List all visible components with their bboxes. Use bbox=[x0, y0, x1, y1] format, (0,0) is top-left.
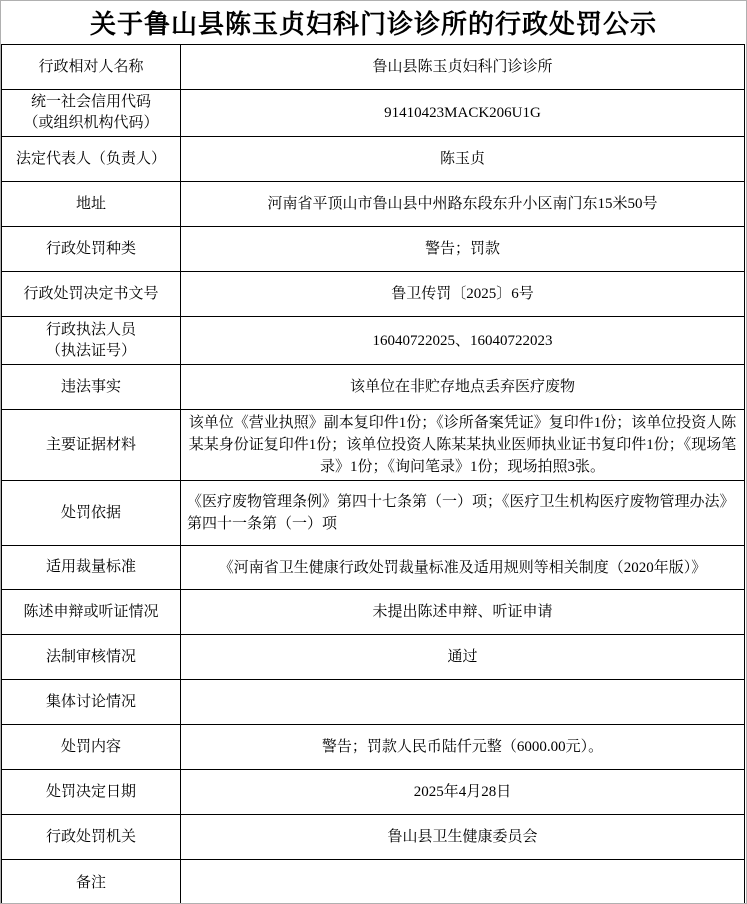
row-value: 《河南省卫生健康行政处罚裁量标准及适用规则等相关制度（2020年版）》 bbox=[181, 546, 745, 590]
row-label: 行政处罚机关 bbox=[2, 815, 181, 860]
table-row: 处罚依据《医疗废物管理条例》第四十七条第（一）项；《医疗卫生机构医疗废物管理办法… bbox=[2, 481, 745, 546]
row-value bbox=[181, 680, 745, 725]
row-value: 未提出陈述申辩、听证申请 bbox=[181, 590, 745, 635]
row-label: 主要证据材料 bbox=[2, 410, 181, 481]
row-value: 河南省平顶山市鲁山县中州路东段东升小区南门东15米50号 bbox=[181, 182, 745, 227]
table-row: 法定代表人（负责人）陈玉贞 bbox=[2, 137, 745, 182]
table-row: 行政处罚种类警告；罚款 bbox=[2, 227, 745, 272]
row-value: 该单位在非贮存地点丢弃医疗废物 bbox=[181, 365, 745, 410]
row-value: 《医疗废物管理条例》第四十七条第（一）项；《医疗卫生机构医疗废物管理办法》第四十… bbox=[181, 481, 745, 546]
row-label: 行政处罚种类 bbox=[2, 227, 181, 272]
table-row: 备注 bbox=[2, 860, 745, 904]
row-value: 陈玉贞 bbox=[181, 137, 745, 182]
row-value bbox=[181, 860, 745, 904]
row-label: 适用裁量标准 bbox=[2, 546, 181, 590]
table-row: 行政执法人员 （执法证号）16040722025、16040722023 bbox=[2, 317, 745, 365]
table-row: 法制审核情况通过 bbox=[2, 635, 745, 680]
row-label: 备注 bbox=[2, 860, 181, 904]
row-value: 警告；罚款人民币陆仟元整（6000.00元）。 bbox=[181, 725, 745, 770]
table-row: 处罚决定日期2025年4月28日 bbox=[2, 770, 745, 815]
row-label: 处罚内容 bbox=[2, 725, 181, 770]
row-label: 处罚依据 bbox=[2, 481, 181, 546]
row-value: 鲁山县卫生健康委员会 bbox=[181, 815, 745, 860]
row-label: 法定代表人（负责人） bbox=[2, 137, 181, 182]
row-label: 统一社会信用代码 （或组织机构代码） bbox=[2, 90, 181, 137]
table-row: 行政处罚决定书文号鲁卫传罚〔2025〕6号 bbox=[2, 272, 745, 317]
table-row: 陈述申辩或听证情况未提出陈述申辩、听证申请 bbox=[2, 590, 745, 635]
table-row: 行政相对人名称鲁山县陈玉贞妇科门诊诊所 bbox=[2, 45, 745, 90]
row-label: 地址 bbox=[2, 182, 181, 227]
page-title: 关于鲁山县陈玉贞妇科门诊诊所的行政处罚公示 bbox=[1, 1, 746, 44]
row-value: 16040722025、16040722023 bbox=[181, 317, 745, 365]
row-value: 鲁卫传罚〔2025〕6号 bbox=[181, 272, 745, 317]
table-row: 适用裁量标准《河南省卫生健康行政处罚裁量标准及适用规则等相关制度（2020年版）… bbox=[2, 546, 745, 590]
row-value: 鲁山县陈玉贞妇科门诊诊所 bbox=[181, 45, 745, 90]
table-row: 地址河南省平顶山市鲁山县中州路东段东升小区南门东15米50号 bbox=[2, 182, 745, 227]
table-row: 行政处罚机关鲁山县卫生健康委员会 bbox=[2, 815, 745, 860]
table-row: 违法事实该单位在非贮存地点丢弃医疗废物 bbox=[2, 365, 745, 410]
row-value: 该单位《营业执照》副本复印件1份；《诊所备案凭证》复印件1份；该单位投资人陈某某… bbox=[181, 410, 745, 481]
row-value: 通过 bbox=[181, 635, 745, 680]
penalty-table-body: 行政相对人名称鲁山县陈玉贞妇科门诊诊所统一社会信用代码 （或组织机构代码）914… bbox=[2, 45, 745, 904]
row-label: 行政相对人名称 bbox=[2, 45, 181, 90]
table-row: 统一社会信用代码 （或组织机构代码）91410423MACK206U1G bbox=[2, 90, 745, 137]
row-value: 警告；罚款 bbox=[181, 227, 745, 272]
table-row: 主要证据材料该单位《营业执照》副本复印件1份；《诊所备案凭证》复印件1份；该单位… bbox=[2, 410, 745, 481]
table-row: 处罚内容警告；罚款人民币陆仟元整（6000.00元）。 bbox=[2, 725, 745, 770]
penalty-notice-page: 关于鲁山县陈玉贞妇科门诊诊所的行政处罚公示 行政相对人名称鲁山县陈玉贞妇科门诊诊… bbox=[0, 0, 747, 904]
row-label: 法制审核情况 bbox=[2, 635, 181, 680]
table-row: 集体讨论情况 bbox=[2, 680, 745, 725]
row-label: 处罚决定日期 bbox=[2, 770, 181, 815]
row-label: 集体讨论情况 bbox=[2, 680, 181, 725]
row-value: 2025年4月28日 bbox=[181, 770, 745, 815]
row-label: 行政处罚决定书文号 bbox=[2, 272, 181, 317]
row-label: 陈述申辩或听证情况 bbox=[2, 590, 181, 635]
row-label: 行政执法人员 （执法证号） bbox=[2, 317, 181, 365]
row-value: 91410423MACK206U1G bbox=[181, 90, 745, 137]
row-label: 违法事实 bbox=[2, 365, 181, 410]
penalty-table: 行政相对人名称鲁山县陈玉贞妇科门诊诊所统一社会信用代码 （或组织机构代码）914… bbox=[1, 44, 745, 904]
